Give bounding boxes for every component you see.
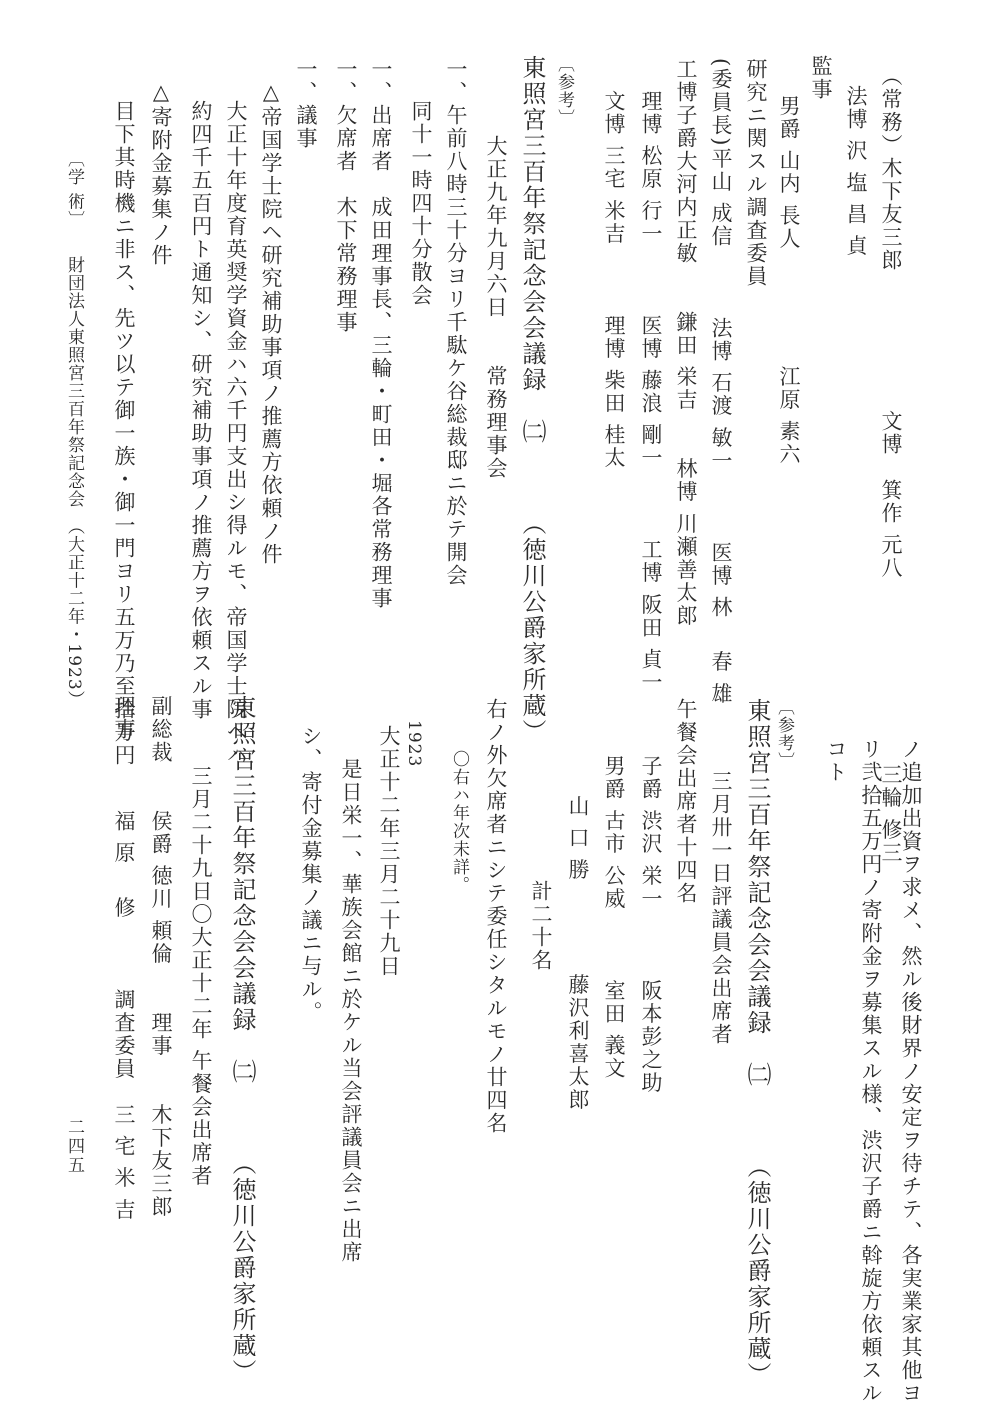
upper-text-column: 同十一時四十分散会	[410, 100, 431, 307]
lower-text-column: リ弐拾五万円ノ寄附金ヲ募集スル様、渋沢子爵ニ斡旋方依頼スル	[860, 738, 881, 1405]
upper-text-column: 約四千五百円ト通知シ、研究補助事項ノ推薦方ヲ依頼スル事	[190, 100, 211, 721]
upper-text-column: 一、午前八時三十分ヨリ千駄ケ谷総裁邸ニ於テ開会	[445, 58, 466, 587]
lower-text-column: コト	[825, 738, 846, 784]
upper-text-column: △寄附金募集ノ件	[150, 80, 171, 267]
lower-text-column: 〇右ハ年次未詳。	[450, 750, 467, 894]
lower-text-column: 男爵 古市 公威 室田 義文	[603, 755, 624, 1080]
lower-text-column: 副総裁 侯爵 徳川 頼倫 理事 木下友三郎	[150, 695, 171, 1218]
upper-text-column: 一、議事	[295, 58, 316, 150]
upper-text-column: △帝国学士院ヘ研究補助事項ノ推薦方依頼ノ件	[260, 80, 281, 566]
lower-text-column: 理事 福 原 修 調査委員 三 宅 米 吉	[113, 695, 134, 1221]
lower-text-column: 〔参考〕	[775, 698, 792, 770]
lower-text-column: 三月二十九日〇大正十二年 午餐会出席者	[190, 765, 211, 1188]
upper-text-column: 理博 松原 行一 医博 藤浪 剛一 工博 阪田 貞一	[640, 90, 661, 694]
lower-text-column: 子爵 渋沢 栄一 阪本彭之助	[640, 755, 661, 1094]
upper-text-column: 工博子爵大河内正敏 鎌田 栄吉 林博 川瀬善太郎	[675, 58, 696, 627]
upper-text-column: 大正十年度育英奨学資金ハ六千円支出シ得ルモ、帝国学士院ヘハ	[225, 100, 246, 767]
lower-text-column: 是日栄一、華族会館ニ於ケル当会評議員会ニ出席	[340, 758, 361, 1264]
running-footer: 〔学 術〕 財団法人東照宮三百年祭記念会 （大正十二年・1923）	[65, 150, 82, 709]
lower-text-column: 大正十二年三月二十九日	[378, 725, 399, 978]
upper-text-column: 監事	[810, 55, 831, 101]
upper-text-column: 大正九年九月六日 常務理事会	[485, 135, 506, 480]
lower-text-column: 三月卅一日評議員会出席者	[710, 770, 731, 1046]
upper-text-column: 研究ニ関スル調査委員	[745, 58, 766, 288]
lower-text-column: 東照宮三百年祭記念会会議録 ㈡ （徳川公爵家所蔵）	[230, 695, 254, 1385]
lower-text-column: 山 口 勝 藤沢利喜太郎	[567, 795, 588, 1111]
lower-text-column: 東照宮三百年祭記念会会議録 ㈡ （徳川公爵家所蔵）	[745, 698, 769, 1388]
upper-text-column: 一、出席者 成田理事長、三輪・町田・堀各常務理事	[370, 58, 391, 610]
upper-text-column: 法博 沢 塩 昌 貞	[845, 85, 866, 258]
upper-text-column: （常務）木下友三郎 文博 箕作 元八 三輪 修三	[880, 65, 901, 864]
upper-text-column: 男爵 山内 長人 江原 素六	[778, 95, 799, 466]
upper-text-column: 〔参考〕	[555, 55, 572, 127]
page-number: 二四五	[65, 1118, 82, 1175]
lower-text-column: シ、寄付金募集ノ議ニ与ル。	[300, 725, 321, 1024]
upper-text-column: (委員長)平山 成信 法博 石渡 敏一 医博 林 春 雄	[710, 58, 731, 705]
lower-text-column: ノ追加出資ヲ求メ、然ル後財界ノ安定ヲ待チテ、各実業家其他ヨ	[900, 738, 921, 1405]
lower-text-column: 計二十名	[530, 880, 551, 972]
lower-text-column: 午餐会出席者十四名	[675, 698, 696, 905]
upper-text-column: 東照宮三百年祭記念会会議録 ㈡ （徳川公爵家所蔵）	[520, 55, 544, 745]
lower-text-column: 右ノ外欠席者ニシテ委任シタルモノ廿四名	[485, 698, 506, 1135]
upper-text-column: 目下其時機ニ非ス、先ツ以テ御一族・御一門ヨリ五万乃至拾万円	[113, 100, 134, 767]
lower-text-column: 1923	[405, 720, 422, 767]
upper-text-column: 一、欠席者 木下常務理事	[335, 58, 356, 334]
upper-text-column: 文博 三宅 米吉 理博 柴田 桂太	[603, 90, 624, 470]
